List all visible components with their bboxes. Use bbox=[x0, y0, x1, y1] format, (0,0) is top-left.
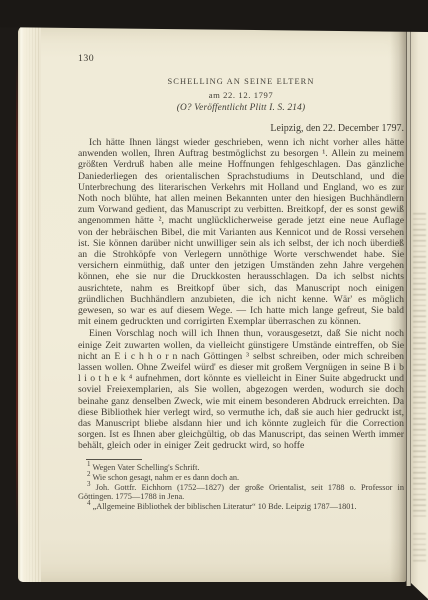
footnote-marker: 4 bbox=[87, 500, 91, 508]
footnote-item: 4 „Allgemeine Bibliothek der biblischen … bbox=[78, 502, 404, 512]
page-number: 130 bbox=[78, 53, 404, 64]
letter-title: SCHELLING AN SEINE ELTERN bbox=[78, 77, 404, 87]
letter-date-line: am 22. 12. 1797 bbox=[78, 90, 404, 100]
page-content: 130 SCHELLING AN SEINE ELTERN am 22. 12.… bbox=[78, 53, 404, 512]
letter-heading: SCHELLING AN SEINE ELTERN am 22. 12. 179… bbox=[78, 77, 404, 114]
letter-source-line: (O? Veröffentlicht Plitt I. S. 214) bbox=[78, 103, 404, 114]
facing-page-text-ghost bbox=[413, 213, 426, 518]
facing-page-footnote-ghost bbox=[413, 533, 426, 563]
footnote-text: Wie schon gesagt, nahm er es dann doch a… bbox=[92, 473, 239, 482]
footnote-marker: 1 bbox=[87, 460, 91, 468]
book-page: 130 SCHELLING AN SEINE ELTERN am 22. 12.… bbox=[18, 25, 406, 582]
letter-paragraph: Einen Vorschlag noch will ich Ihnen thun… bbox=[78, 328, 404, 451]
footnote-item: 3 Joh. Gottfr. Eichhorn (1752—1827) der … bbox=[78, 483, 404, 503]
footnote-item: 2 Wie schon gesagt, nahm er es dann doch… bbox=[78, 473, 404, 483]
footnote-item: 1 Wegen Vater Schelling's Schrift. bbox=[78, 463, 404, 473]
page-stack-edge bbox=[18, 25, 41, 582]
book-scan-photo: 130 SCHELLING AN SEINE ELTERN am 22. 12.… bbox=[0, 0, 428, 600]
facing-page-edge bbox=[411, 28, 428, 599]
gutter-crease bbox=[406, 27, 411, 586]
footnote-marker: 3 bbox=[87, 480, 91, 488]
footnotes: 1 Wegen Vater Schelling's Schrift. 2 Wie… bbox=[78, 463, 404, 513]
photo-background-top bbox=[0, 0, 428, 32]
footnote-text: Wegen Vater Schelling's Schrift. bbox=[92, 463, 199, 472]
letter-paragraph: Ich hätte Ihnen längst wieder geschriebe… bbox=[78, 137, 404, 327]
footnote-separator-rule bbox=[86, 459, 142, 460]
book-cover-red-edge bbox=[16, 60, 18, 530]
footnote-text: Joh. Gottfr. Eichhorn (1752—1827) der gr… bbox=[78, 483, 404, 502]
letter-dateline: Leipzig, den 22. December 1797. bbox=[78, 123, 404, 135]
footnote-marker: 2 bbox=[87, 470, 91, 478]
footnote-text: „Allgemeine Bibliothek der biblischen Li… bbox=[93, 502, 357, 511]
